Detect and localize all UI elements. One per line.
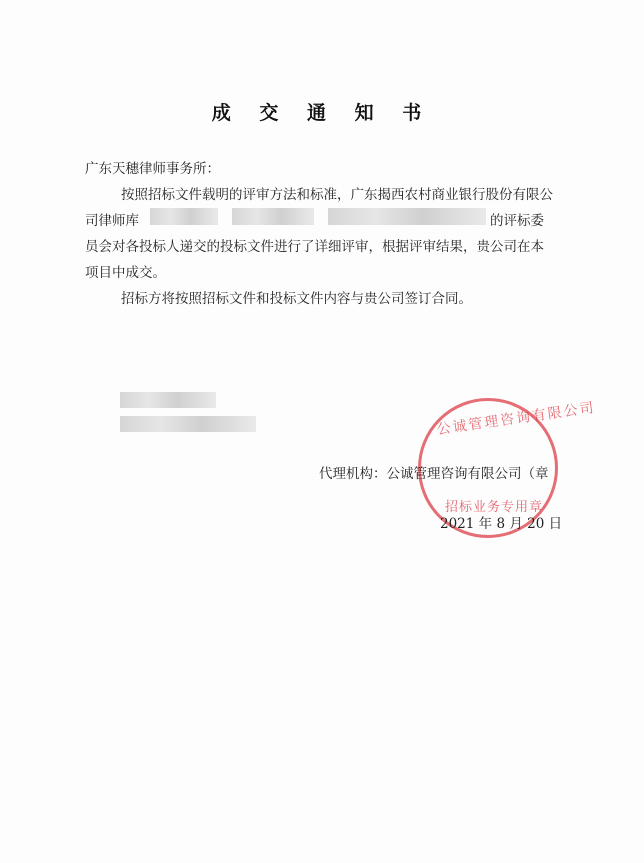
redacted-phone bbox=[120, 416, 256, 432]
paragraph1-line4: 项目中成交。 bbox=[85, 261, 166, 281]
agent-line: 代理机构：公诚管理咨询有限公司（章 bbox=[319, 462, 549, 482]
redacted-project-name-2 bbox=[232, 208, 314, 225]
paragraph1-line3: 员会对各投标人递交的投标文件进行了详细评审，根据评审结果，贵公司在本 bbox=[85, 235, 544, 255]
paragraph2: 招标方将按照招标文件和投标文件内容与贵公司签订合同。 bbox=[121, 287, 472, 307]
paragraph1-line2-prefix: 司律师库 bbox=[85, 209, 139, 229]
redacted-project-name-1 bbox=[150, 208, 218, 225]
document-page: 成 交 通 知 书 广东天穗律师事务所： 按照招标文件载明的评审方法和标准，广东… bbox=[0, 0, 644, 863]
redacted-contact bbox=[120, 392, 216, 408]
document-title: 成 交 通 知 书 bbox=[0, 98, 644, 125]
paragraph1-line1: 按照招标文件载明的评审方法和标准，广东揭西农村商业银行股份有限公 bbox=[121, 183, 553, 203]
redacted-project-number bbox=[328, 208, 486, 225]
salutation: 广东天穗律师事务所： bbox=[85, 157, 220, 177]
date: 2021 年 8 月 20 日 bbox=[440, 512, 562, 532]
paragraph1-line2-suffix: 的评标委 bbox=[490, 209, 544, 229]
